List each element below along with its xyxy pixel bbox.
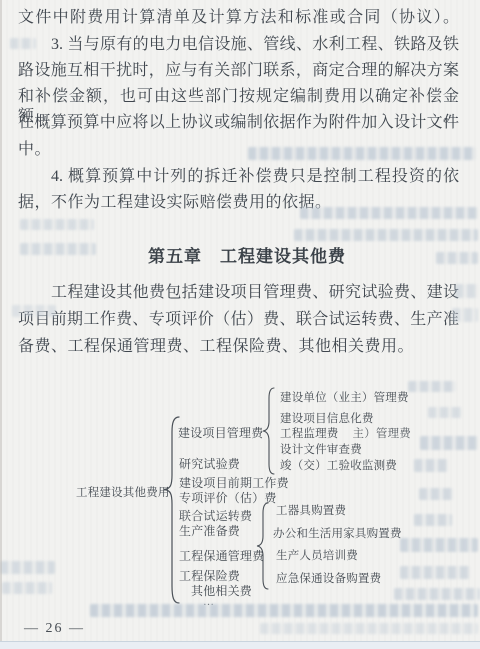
tree-item: 生产准备费	[179, 524, 240, 538]
tree-item: 工程保险费	[179, 569, 240, 583]
tree-subitem-label: 工程监理费	[280, 428, 339, 440]
tree-item: 工程保通管理费	[179, 549, 264, 563]
cost-breakdown-tree: 工程建设其他费用 建设项目管理费 研究试验费 建设项目前期工作费 专项评价（估）…	[0, 0, 480, 649]
tree-subitem: 建设项目信息化费	[280, 412, 374, 426]
tree-continuation-ellipsis: …	[203, 596, 213, 608]
tree-subitem: 应急保通设备购置费	[276, 572, 381, 586]
tree-root-label: 工程建设其他费用	[76, 486, 170, 500]
tree-brace-production	[256, 502, 269, 590]
tree-subitem: 办公和生活用家具购置费	[273, 527, 402, 541]
tree-brace-main	[163, 416, 180, 604]
tree-item: 研究试验费	[179, 457, 240, 471]
scan-bottom-edge	[0, 641, 480, 649]
tree-subitem: 竣（交）工验收监测费	[280, 459, 397, 473]
tree-subitem: 建设单位（业主）管理费	[280, 391, 409, 405]
tree-subitem: 工器具购置费	[276, 504, 346, 518]
tree-item: 联合试运转费	[179, 509, 252, 523]
tree-item: 其他相关费	[191, 584, 252, 598]
tree-subitem: 生产人员培训费	[276, 549, 358, 563]
print-ghost-fragment: 主）管理费	[353, 428, 412, 440]
tree-brace-management	[262, 387, 275, 475]
tree-item: 建设项目管理费	[178, 426, 263, 440]
tree-subitem: 工程监理费主）管理费	[280, 427, 411, 441]
scan-edge-shadow	[0, 0, 2, 649]
tree-item: 建设项目前期工作费	[179, 476, 289, 490]
page-number: — 26 —	[24, 621, 85, 637]
scanned-document-page: 文件中附费用计算清单及计算方法和标准或合同（协议）。 3. 当与原有的电力电信设…	[0, 0, 480, 649]
tree-subitem: 设计文件审查费	[280, 443, 362, 457]
